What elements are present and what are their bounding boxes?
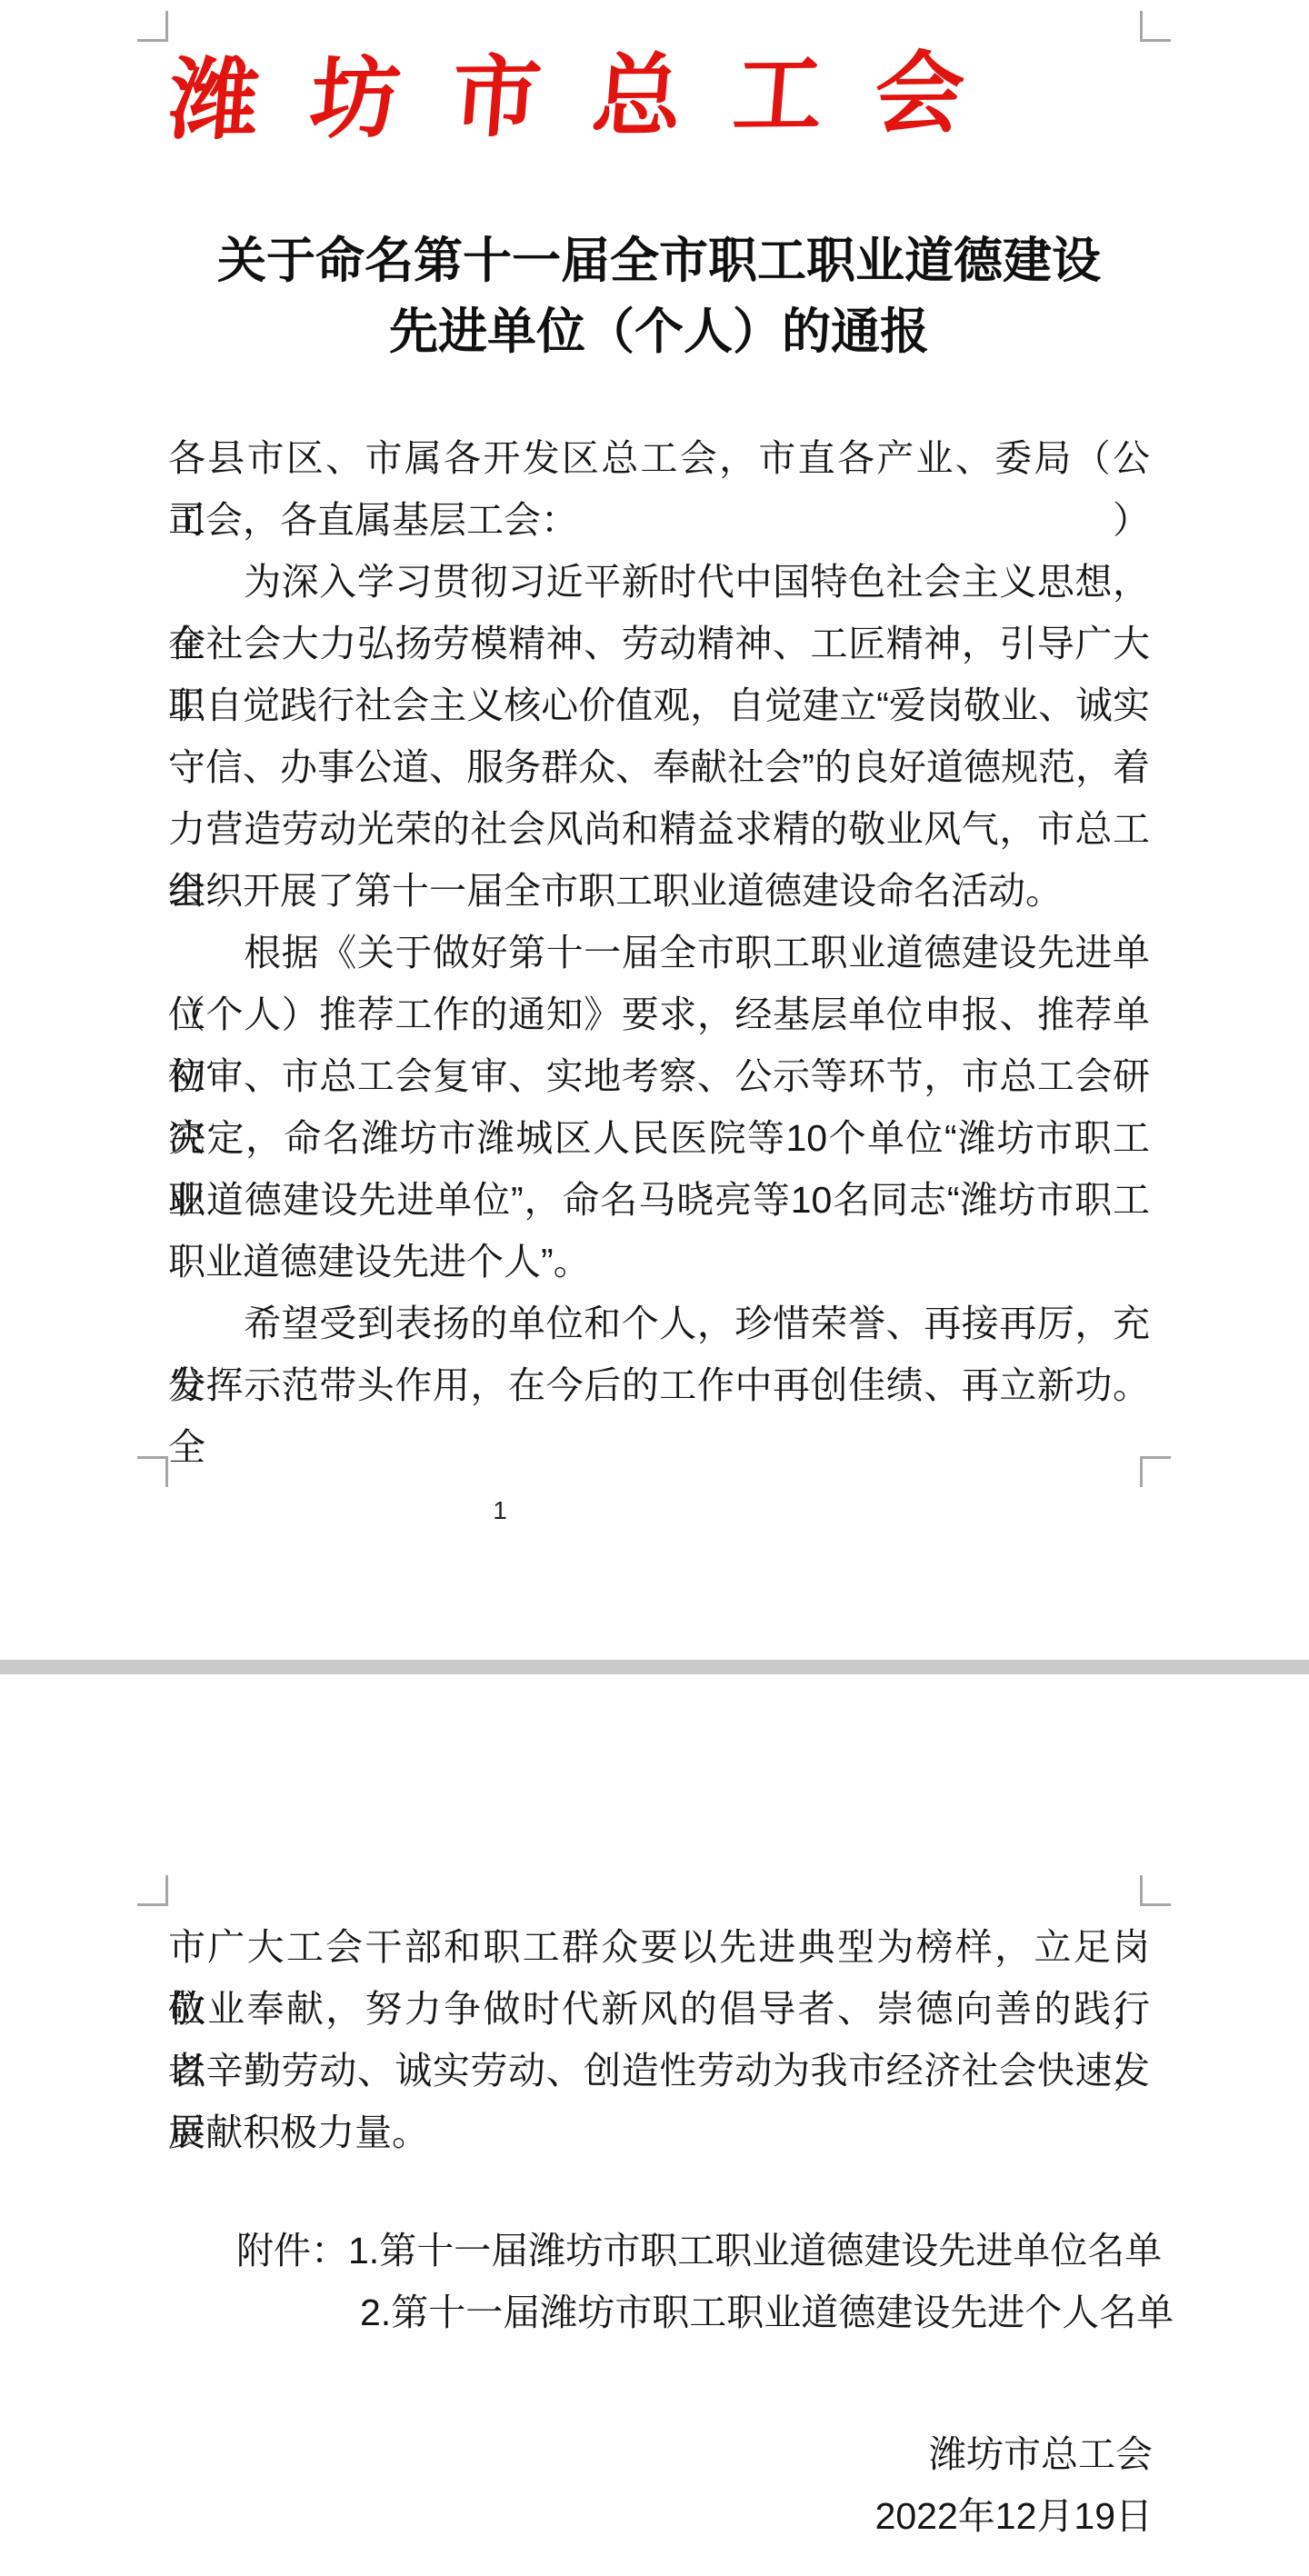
page-divider	[0, 1660, 1309, 1674]
attachment-line: 附件：1.第十一届潍坊市职工职业道德建设先进单位名单	[168, 2220, 1150, 2281]
page1-body-text: 各县市区、市属各开发区总工会，市直各产业、委局（公司）工会，各直属基层工会： 为…	[168, 427, 1150, 1416]
document-title: 关于命名第十一届全市职工职业道德建设 先进单位（个人）的通报	[168, 225, 1150, 367]
page2-body-text: 市广大工会干部和职工群众要以先进典型为榜样，立足岗位，敬业奉献，努力争做时代新风…	[168, 1916, 1150, 2163]
body-text-line: 贡献积极力量。	[168, 2102, 1150, 2163]
body-text-line: 决定，命名潍坊市潍城区人民医院等10个单位“潍坊市职工职	[168, 1107, 1150, 1169]
body-text-line: 市广大工会干部和职工群众要以先进典型为榜样，立足岗位，	[168, 1916, 1150, 1978]
body-text-line: 守信、办事公道、服务群众、奉献社会”的良好道德规范，着	[168, 736, 1150, 798]
body-text-line: 初审、市总工会复审、实地考察、公示等环节，市总工会研究	[168, 1045, 1150, 1107]
page1-margin-mark-bottom-left	[137, 1456, 168, 1487]
page1-margin-mark-top-right	[1140, 11, 1171, 42]
body-text-line: 各县市区、市属各开发区总工会，市直各产业、委局（公司）	[168, 427, 1150, 489]
body-text-line: 以辛勤劳动、诚实劳动、创造性劳动为我市经济社会快速发展	[168, 2040, 1150, 2102]
body-text-line: 工自觉践行社会主义核心价值观，自觉建立“爱岗敬业、诚实	[168, 674, 1150, 736]
signature-org: 潍坊市总工会	[875, 2423, 1153, 2485]
page1-margin-mark-bottom-right	[1140, 1456, 1171, 1487]
body-text-line: 根据《关于做好第十一届全市职工职业道德建设先进单位	[168, 922, 1150, 983]
body-text-line: 全社会大力弘扬劳模精神、劳动精神、工匠精神，引导广大职	[168, 613, 1150, 674]
attachment-line: 2.第十一届潍坊市职工职业道德建设先进个人名单	[168, 2281, 1150, 2343]
attachment-list: 附件：1.第十一届潍坊市职工职业道德建设先进单位名单2.第十一届潍坊市职工职业道…	[168, 2220, 1150, 2343]
page2-margin-mark-top-right	[1140, 1875, 1171, 1906]
body-text-line: 发挥示范带头作用，在今后的工作中再创佳绩、再立新功。全	[168, 1354, 1150, 1416]
body-text-line: 希望受到表扬的单位和个人，珍惜荣誉、再接再厉，充分	[168, 1293, 1150, 1354]
body-text-line: 敬业奉献，努力争做时代新风的倡导者、崇德向善的践行者，	[168, 1978, 1150, 2040]
body-text-line: 业道德建设先进单位”，命名马晓亮等10名同志“潍坊市职工	[168, 1169, 1150, 1231]
body-text-line: 力营造劳动光荣的社会风尚和精益求精的敬业风气，市总工会	[168, 798, 1150, 860]
document-title-line1: 关于命名第十一届全市职工职业道德建设	[168, 225, 1150, 296]
body-text-line: 为深入学习贯彻习近平新时代中国特色社会主义思想，在	[168, 551, 1150, 613]
letterhead-org-title: 潍坊市总工会	[165, 38, 1020, 155]
body-text-line: 职业道德建设先进个人”。	[168, 1231, 1150, 1293]
body-text-line: （个人）推荐工作的通知》要求，经基层单位申报、推荐单位	[168, 983, 1150, 1045]
body-text-line: 组织开展了第十一届全市职工职业道德建设命名活动。	[168, 860, 1150, 922]
document-title-line2: 先进单位（个人）的通报	[168, 296, 1150, 367]
page2-margin-mark-top-left	[137, 1875, 168, 1906]
signature-block: 潍坊市总工会 2022年12月19日	[875, 2423, 1153, 2547]
signature-date: 2022年12月19日	[875, 2485, 1153, 2547]
page-number: 1	[485, 1496, 515, 1525]
scanned-document: 潍坊市总工会 关于命名第十一届全市职工职业道德建设 先进单位（个人）的通报 各县…	[0, 0, 1309, 2576]
page1-margin-mark-top-left	[137, 11, 168, 42]
